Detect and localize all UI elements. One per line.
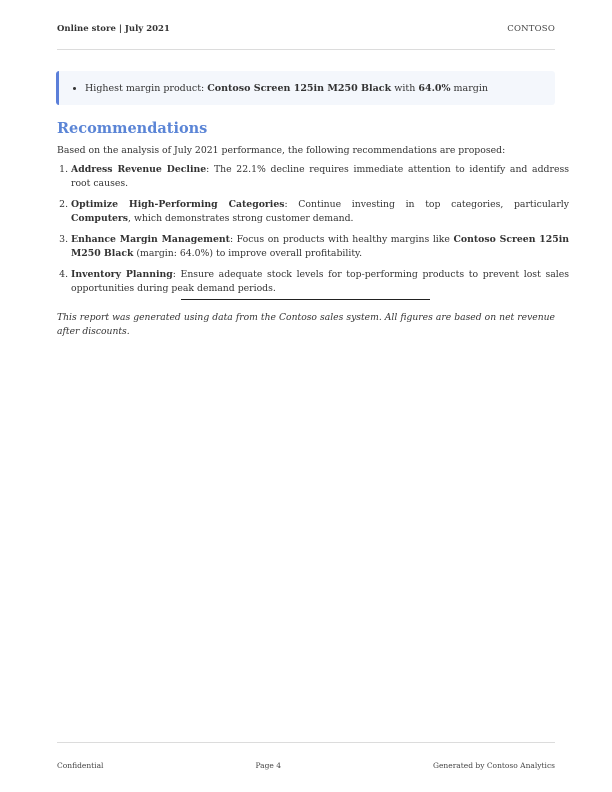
recommendation-item: Address Revenue Decline: The 22.1% decli… bbox=[71, 163, 569, 191]
page-footer: Confidential Page 4 Generated by Contoso… bbox=[57, 742, 555, 770]
callout-margin: 64.0% bbox=[418, 83, 450, 94]
recommendation-item: Inventory Planning: Ensure adequate stoc… bbox=[71, 268, 569, 296]
header-company: CONTOSO bbox=[507, 24, 555, 34]
page-header: Online store | July 2021 CONTOSO bbox=[57, 24, 555, 50]
recommendations-list: Address Revenue Decline: The 22.1% decli… bbox=[57, 163, 569, 303]
section-title: Recommendations bbox=[57, 120, 207, 137]
header-report-title: Online store | July 2021 bbox=[57, 24, 170, 34]
recommendation-item: Enhance Margin Management: Focus on prod… bbox=[71, 233, 569, 261]
callout-item: Highest margin product: Contoso Screen 1… bbox=[85, 83, 488, 94]
report-footnote: This report was generated using data fro… bbox=[57, 311, 555, 339]
highlight-callout: Highest margin product: Contoso Screen 1… bbox=[56, 71, 555, 105]
section-intro: Based on the analysis of July 2021 perfo… bbox=[57, 145, 505, 156]
footer-page-number: Page 4 bbox=[255, 761, 281, 770]
callout-product: Contoso Screen 125in M250 Black bbox=[207, 83, 391, 94]
footer-confidential: Confidential bbox=[57, 761, 103, 770]
horizontal-rule bbox=[181, 299, 430, 300]
recommendation-item: Optimize High-Performing Categories: Con… bbox=[71, 198, 569, 226]
footer-generator: Generated by Contoso Analytics bbox=[433, 761, 555, 770]
